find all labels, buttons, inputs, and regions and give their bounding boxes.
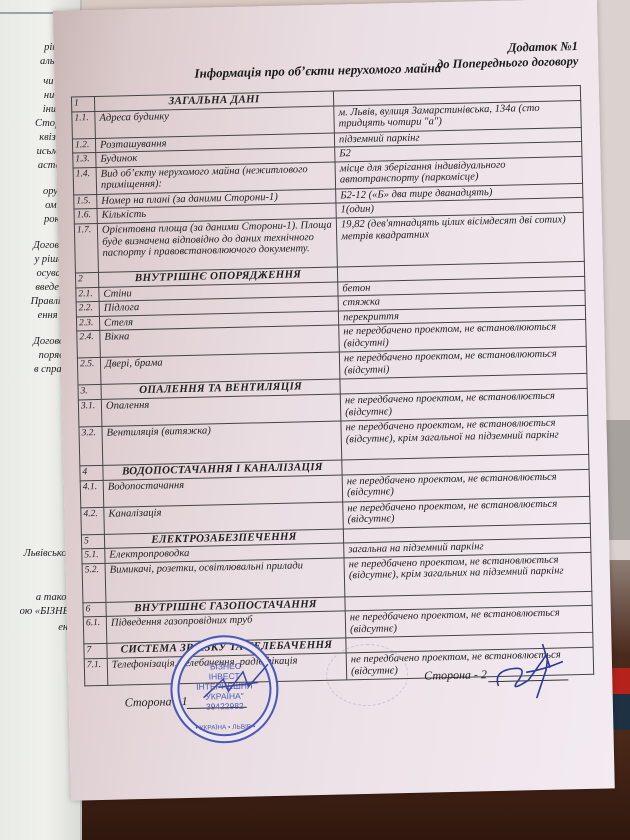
row-number: 1.5.: [74, 194, 97, 209]
row-label: Вентиляція (витяжка): [102, 421, 342, 465]
row-number: 2.3.: [76, 316, 99, 331]
row-number: 1.7.: [74, 223, 98, 273]
row-number: 1.3.: [73, 153, 96, 168]
party1-signature-scribble: [198, 656, 279, 708]
row-value: не передбачено проектом, не встановлюєть…: [341, 415, 589, 460]
stamp-ring-text: • УКРАЇНА • ЛЬВІВ •: [173, 723, 277, 732]
section-number: 5: [81, 534, 104, 549]
row-number: 4.1.: [80, 480, 104, 508]
appendix-subtitle: до Попереднього договору: [437, 54, 579, 72]
section-number: 1: [71, 96, 94, 111]
row-value: 19,82 (дев'ятнадцять цілих вісімдесят дв…: [336, 212, 584, 267]
row-number: 2.1.: [76, 287, 99, 302]
row-label: Вимикачі, розетки, освітлювальні прилади: [105, 558, 345, 602]
section-number: 6: [83, 602, 106, 617]
row-number: 4.2.: [81, 507, 105, 535]
row-number: 2.4.: [77, 331, 101, 359]
row-number: 3.1.: [78, 399, 102, 427]
property-info-table: 1ЗАГАЛЬНА ДАНІ1.1.Адреса будинкум. Львів…: [71, 85, 594, 686]
row-value: не передбачено проектом, не встановлюєть…: [344, 552, 592, 597]
row-number: 2.5.: [77, 358, 101, 386]
row-number: 3.2.: [79, 426, 103, 466]
section-number: 7: [84, 644, 107, 659]
row-number: 5.2.: [82, 563, 106, 603]
document-title: Інформація про об’єкти нерухомого майна: [194, 60, 441, 82]
section-number: 2: [75, 272, 98, 287]
row-number: 1.6.: [74, 209, 97, 224]
row-number: 1.1.: [72, 111, 96, 139]
row-number: 5.1.: [82, 548, 105, 563]
faint-stamp-imprint: [325, 643, 408, 707]
row-number: 1.4.: [73, 167, 97, 195]
section-number: 3.: [78, 385, 101, 400]
appendix-sheet: Додаток №1 до Попереднього договору Інфо…: [53, 0, 615, 801]
party2-signature-scribble: [487, 639, 568, 701]
row-number: 7.1.: [84, 658, 108, 686]
section-number: 4: [80, 465, 103, 480]
row-label: Орієнтовна площа (за даними Сторони-1). …: [97, 218, 337, 272]
appendix-header: Додаток №1 до Попереднього договору: [437, 39, 579, 72]
row-number: 6.1.: [83, 617, 107, 645]
row-number: 2.2.: [76, 302, 99, 317]
party2-signature-label: Сторона - 2: [424, 667, 487, 683]
row-number: 1.2.: [72, 138, 95, 153]
